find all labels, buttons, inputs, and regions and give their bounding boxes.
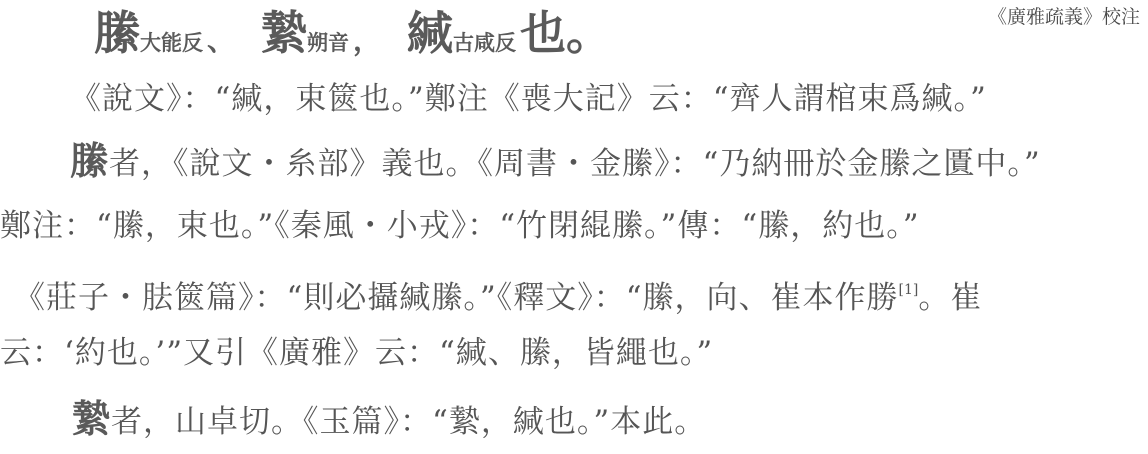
commentary-line: 云：‘約也。’”又引《廣雅》云：“緘、縢，皆繩也。” [0, 333, 713, 373]
pronunciation-note: 朔音 [307, 28, 349, 58]
commentary-line: 縶者，山卓切。《玉篇》：“縶，緘也。”本此。 [72, 399, 706, 442]
footnote-marker[interactable]: [1] [899, 282, 919, 298]
commentary-line: 鄭注：“縢，束也。”《秦風・小戎》：“竹閉緄縢。”傳：“縢，約也。” [0, 206, 920, 246]
headword: 縶 [261, 8, 307, 58]
commentary-text: 《莊子・胠篋篇》：“則必攝緘縢。”《釋文》：“縢，向、崔本作勝 [14, 280, 899, 316]
pronunciation-note: 大能反 [140, 28, 203, 58]
commentary-text: 。崔 [918, 280, 982, 316]
headword-tail: 也。 [520, 8, 612, 58]
commentary-text: 者，《說文・糸部》義也。《周書・金縢》：“乃納冊於金縢之匱中。” [109, 146, 1041, 182]
commentary-line: 《莊子・胠篋篇》：“則必攝緘縢。”《釋文》：“縢，向、崔本作勝[1]。崔 [14, 270, 982, 318]
entry-lead-char: 縢 [70, 139, 109, 183]
commentary-line: 縢者，《說文・糸部》義也。《周書・金縢》：“乃納冊於金縢之匱中。” [70, 141, 1041, 184]
headword-line: 縢 大能反 、 縶 朔音 ， 緘 古咸反 也。 [94, 2, 612, 58]
pronunciation-note: 古咸反 [453, 28, 516, 58]
headword: 縢 [94, 8, 140, 58]
entry-lead-char: 縶 [72, 397, 111, 441]
headword: 緘 [407, 8, 453, 58]
punctuation: ， [353, 24, 381, 58]
commentary-line: 《說文》：“緘，束篋也。”鄭注《喪大記》云：“齊人謂棺束爲緘。” [70, 79, 987, 119]
commentary-text: 者，山卓切。《玉篇》：“縶，緘也。”本此。 [111, 404, 706, 440]
punctuation: 、 [207, 24, 235, 58]
running-header: 《廣雅疏義》校注 [988, 2, 1140, 29]
